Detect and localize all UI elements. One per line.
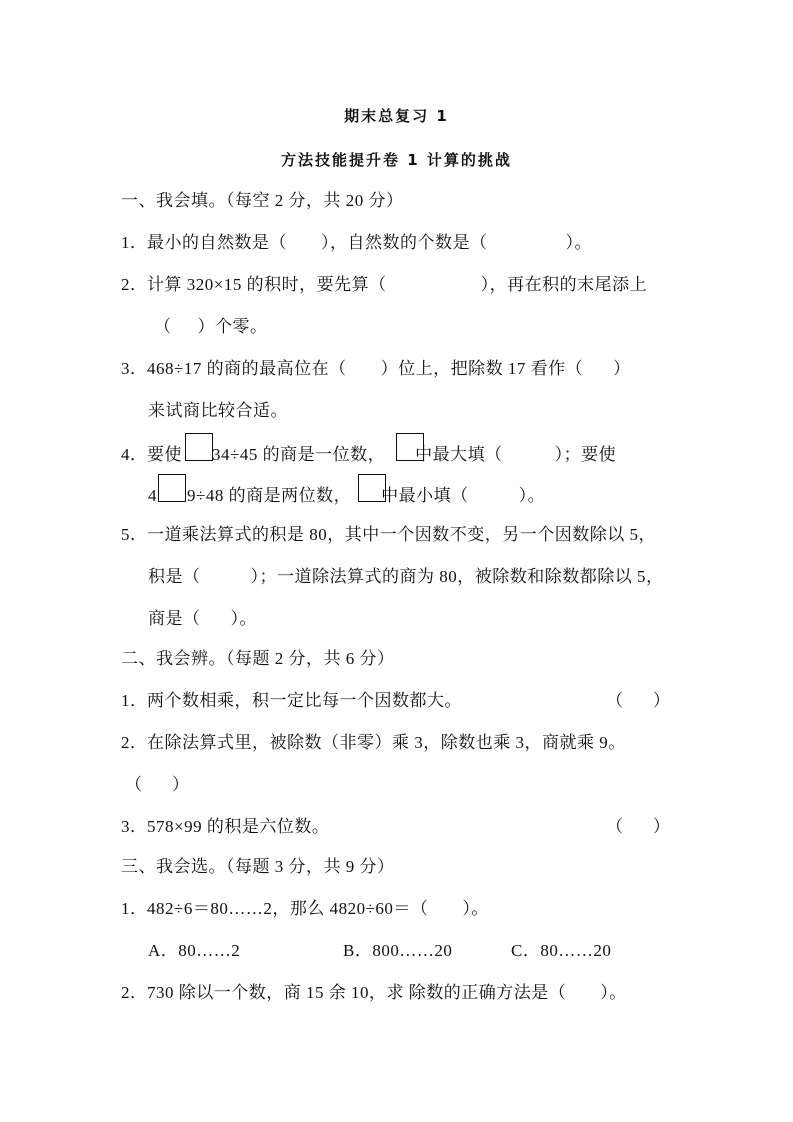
question-1-4-cont: 49÷48 的商是两位数，中最小填（）。 — [148, 485, 545, 507]
question-text: ）。 — [462, 899, 489, 918]
digit-box[interactable] — [396, 433, 424, 461]
question-number: 2． — [121, 274, 147, 296]
question-number: 1． — [121, 232, 147, 254]
question-text: 在除法算式里，被除数（非零）乘 3，除数也乘 3，商就乘 9。 — [147, 733, 626, 752]
question-1-3-cont: 来试商比较合适。 — [148, 400, 288, 422]
question-2-1: 1．两个数相乘，积一定比每一个因数都大。 — [121, 690, 462, 712]
question-text: 34÷45 的商是一位数， — [212, 445, 385, 464]
question-text: ），再在积的末尾添上 — [481, 275, 648, 294]
digit-box[interactable] — [358, 474, 386, 502]
question-text: 578×99 的积是六位数。 — [147, 817, 329, 836]
question-1-1: 1．最小的自然数是（），自然数的个数是（）。 — [121, 232, 592, 254]
question-1-3: 3．468÷17 的商的最高位在（）位上，把除数 17 看作（） — [121, 358, 631, 380]
section-heading-judge: 二、我会辨。（每题 2 分，共 6 分） — [121, 648, 395, 670]
document-subtitle: 方法技能提升卷 1 计算的挑战 — [0, 150, 793, 170]
question-number: 1． — [121, 898, 147, 920]
question-text: 中最大填（ — [415, 445, 503, 464]
question-text: 482÷6＝80……2，那么 4820÷60＝（ — [147, 899, 428, 918]
document-title: 期末总复习 1 — [0, 106, 793, 126]
section-heading-choose: 三、我会选。（每题 3 分，共 9 分） — [121, 856, 395, 878]
question-2-3: 3．578×99 的积是六位数。 — [121, 816, 329, 838]
question-1-5: 5．一道乘法算式的积是 80，其中一个因数不变，另一个因数除以 5， — [121, 524, 656, 546]
option-c[interactable]: C．80……20 — [511, 940, 611, 962]
question-text: ）位上，把除数 17 看作（ — [381, 359, 584, 378]
question-text: 最小的自然数是（ — [147, 233, 287, 252]
question-text: ）；要使 — [555, 445, 617, 464]
question-text: 4 — [148, 486, 157, 505]
digit-box[interactable] — [158, 474, 186, 502]
answer-blank[interactable]: （） — [606, 816, 670, 838]
question-text: 两个数相乘，积一定比每一个因数都大。 — [147, 691, 462, 710]
question-text: ）。 — [600, 983, 627, 1002]
question-text: 9÷48 的商是两位数， — [187, 486, 351, 505]
question-text: 商是（ — [148, 609, 201, 628]
question-3-2: 2．730 除以一个数，商 15 余 10，求 除数的正确方法是（）。 — [121, 982, 627, 1004]
question-number: 2． — [121, 732, 147, 754]
question-text: 积是（ — [148, 567, 201, 586]
question-text: 一道乘法算式的积是 80，其中一个因数不变，另一个因数除以 5， — [147, 525, 656, 544]
answer-blank[interactable]: （） — [125, 774, 189, 796]
question-text: ），自然数的个数是（ — [321, 233, 488, 252]
question-text: 中最小填（ — [381, 486, 469, 505]
question-number: 3． — [121, 816, 147, 838]
question-3-1: 1．482÷6＝80……2，那么 4820÷60＝（）。 — [121, 898, 489, 920]
digit-box[interactable] — [185, 433, 213, 461]
question-number: 3． — [121, 358, 147, 380]
question-text: ） — [613, 359, 631, 378]
question-text: 要使 — [147, 445, 182, 464]
question-text: ）个零。 — [198, 317, 268, 336]
question-1-2-cont: （）个零。 — [154, 316, 268, 338]
question-text: 计算 320×15 的积时，要先算（ — [147, 275, 387, 294]
question-text: （ — [154, 317, 172, 336]
answer-blank[interactable]: （） — [606, 690, 670, 712]
question-number: 1． — [121, 690, 147, 712]
question-text: ）；一道除法算式的商为 80，被除数和除数都除以 5， — [251, 567, 664, 586]
question-text: 468÷17 的商的最高位在（ — [147, 359, 347, 378]
question-2-2: 2．在除法算式里，被除数（非零）乘 3，除数也乘 3，商就乘 9。 — [121, 732, 626, 754]
option-b[interactable]: B．800……20 — [343, 940, 452, 962]
question-text: 730 除以一个数，商 15 余 10，求 除数的正确方法是（ — [147, 983, 566, 1002]
question-1-5-cont2: 商是（）。 — [148, 608, 257, 630]
question-number: 2． — [121, 982, 147, 1004]
section-heading-fill: 一、我会填。（每空 2 分，共 20 分） — [121, 190, 404, 212]
question-number: 5． — [121, 524, 147, 546]
option-a[interactable]: A．80……2 — [148, 940, 240, 962]
question-1-5-cont: 积是（）；一道除法算式的商为 80，被除数和除数都除以 5， — [148, 566, 664, 588]
question-number: 4． — [121, 444, 147, 466]
question-1-2: 2．计算 320×15 的积时，要先算（），再在积的末尾添上 — [121, 274, 647, 296]
question-text: ）。 — [231, 609, 258, 628]
question-text: ）。 — [519, 486, 546, 505]
question-text: ）。 — [566, 233, 593, 252]
